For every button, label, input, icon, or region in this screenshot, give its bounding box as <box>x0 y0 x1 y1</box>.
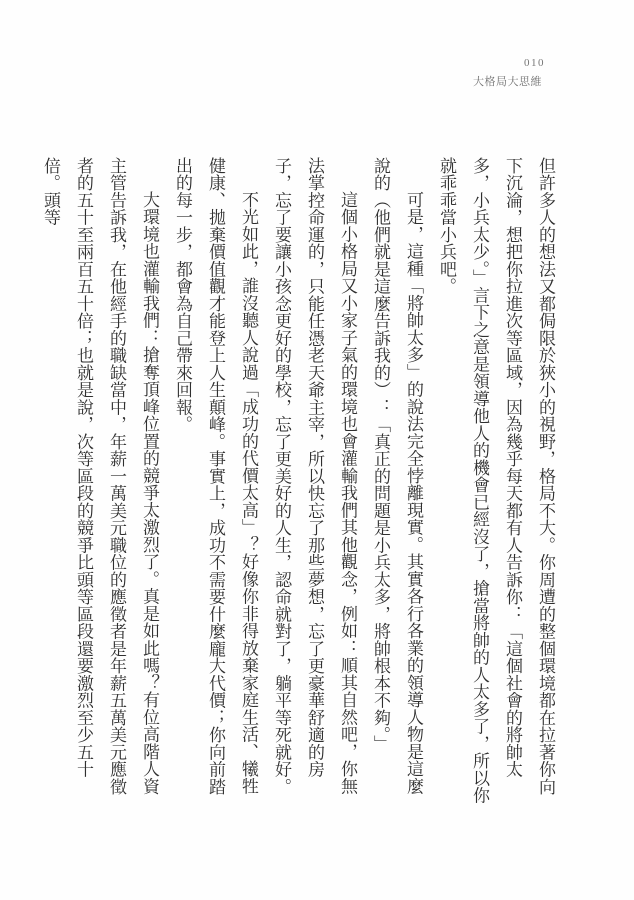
body-text: 但許多人的想法又都侷限於狹小的視野，格局不大。你周遭的整個環境都在拉著你向下沉淪… <box>34 157 562 807</box>
paragraph-3: 這個小格局又小家子氣的環境也會灌輸我們其他觀念，例如：順其自然吧，你無法掌控命運… <box>265 157 364 807</box>
paragraph-2: 可是，這種「將帥太多」的說法完全悖離現實。其實各行各業的領導人物是這麼說的（他們… <box>364 157 430 807</box>
running-title: 大格局大思維 <box>473 76 542 88</box>
paragraph-1: 但許多人的想法又都侷限於狹小的視野，格局不大。你周遭的整個環境都在拉著你向下沉淪… <box>430 157 562 807</box>
paragraph-4: 不光如此，誰沒聽人說過「成功的代價太高」？好像你非得放棄家庭生活、犧牲健康、拋棄… <box>166 157 265 807</box>
book-page: 010 大格局大思維 但許多人的想法又都侷限於狹小的視野，格局不大。你周遭的整個… <box>0 0 634 900</box>
paragraph-5: 大環境也灌輸我們：搶奪頂峰位置的競爭太激烈了。真是如此嗎？有位高階人資主管告訴我… <box>34 157 166 807</box>
page-number: 010 <box>524 58 545 69</box>
